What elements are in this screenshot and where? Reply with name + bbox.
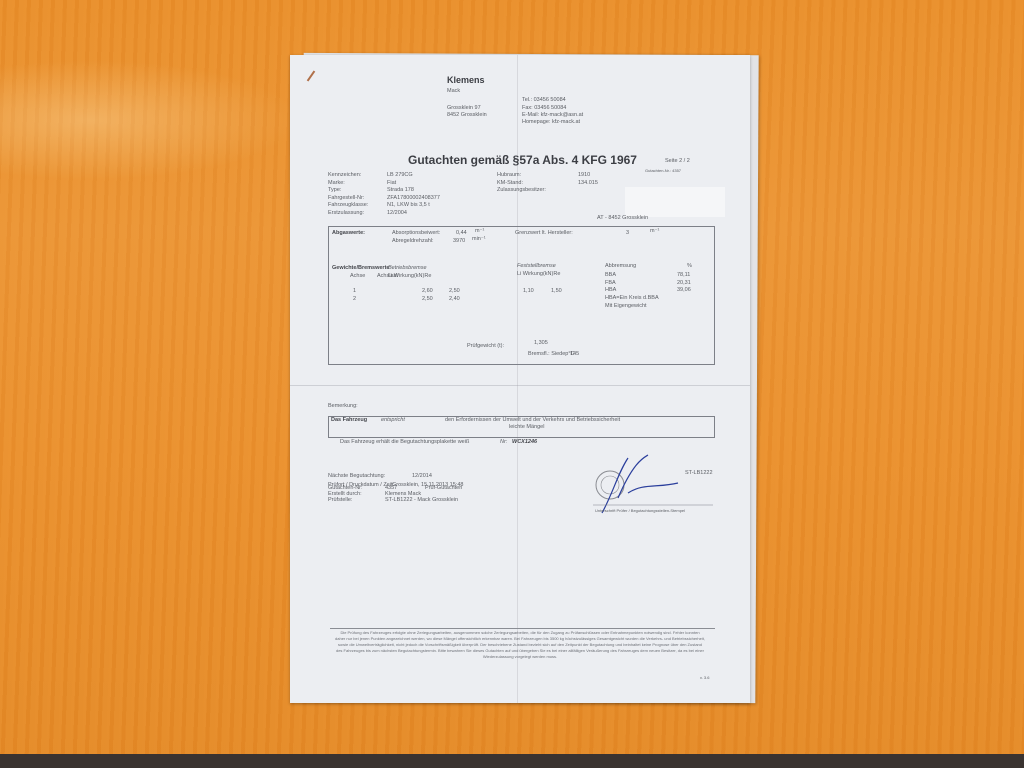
page-number: Seite 2 / 2 — [665, 158, 690, 165]
owner-name: Mack — [447, 88, 460, 95]
deceleration-value: 39,06 — [677, 287, 691, 294]
col-axle: Achse — [350, 273, 365, 280]
vehicle-field-label: Hubraum: — [497, 172, 521, 179]
vehicle-field-label: Zulassungsbesitzer: — [497, 187, 546, 194]
verdict-text: den Erfordernissen der Umwelt und der Ve… — [445, 417, 620, 424]
parking-brake-label: Feststellbremse — [517, 263, 556, 270]
brake-axle: 2 — [353, 296, 356, 303]
vehicle-field-value: 12/2004 — [387, 210, 407, 217]
brakes-section-label: Gewichte/Bremswerte — [332, 265, 389, 272]
report-number: Gutachten-Nr.: 4357 — [645, 168, 681, 173]
deceleration-type: BBA — [605, 272, 616, 279]
address-line2: 8452 Grossklein — [447, 112, 487, 119]
page-title: Gutachten gemäß §57a Abs. 4 KFG 1967 — [408, 153, 637, 167]
disclaimer-rule — [330, 628, 715, 629]
vehicle-field-value: LB 279CG — [387, 172, 413, 179]
staple-mark — [307, 71, 316, 82]
fold-line-horizontal — [290, 385, 750, 386]
vehicle-field-label: Erstzulassung: — [328, 210, 364, 217]
parking-brake-left: 1,10 — [523, 288, 534, 295]
vehicle-field-label: Fahrgestell-Nr: — [328, 195, 364, 202]
absorption-label: Absorptionsbeiwert: — [392, 230, 440, 237]
verdict-subject: Das Fahrzeug — [331, 417, 367, 424]
stamp-id: ST-LB1222 — [685, 470, 713, 477]
deceleration-value: 78,11 — [677, 272, 690, 279]
rpm-label: Abregeldrehzahl: — [392, 238, 434, 245]
brake-axle: 1 — [353, 288, 356, 295]
deceleration-type: HBA — [605, 287, 616, 294]
address-line1: Grossklein 97 — [447, 105, 481, 112]
vehicle-field-label: Kennzeichen: — [328, 172, 361, 179]
limit-label: Grenzwert lt. Hersteller: — [515, 230, 573, 237]
version: v. 3.6 — [700, 675, 710, 680]
hba-note: HBA=Ein Kreis d.BBA — [605, 295, 659, 302]
service-brake-label: Betriebsbremse — [388, 265, 427, 272]
limit-unit: m⁻¹ — [650, 228, 659, 235]
homepage: Homepage: kfz-mack.at — [522, 119, 580, 126]
vehicle-field-value: 134.015 — [578, 180, 598, 187]
vehicle-field-value: 1910 — [578, 172, 590, 179]
vehicle-field-label: Type: — [328, 187, 341, 194]
inspection-report-page: Klemens Mack Grossklein 97 8452 Grosskle… — [290, 55, 750, 703]
plakette-nr-label: Nr: — [500, 439, 507, 446]
service-brake-left: 2,60 — [422, 288, 433, 295]
owner-location: AT - 8452 Grossklein — [597, 215, 648, 222]
redacted-owner — [625, 187, 725, 217]
absorption-unit: m⁻¹ — [475, 228, 484, 235]
service-brake-right: 2,50 — [449, 288, 460, 295]
boiling-point-value: 145 — [570, 351, 579, 358]
plakette-text: Das Fahrzeug erhält die Begutachtungspla… — [340, 439, 469, 446]
service-brake-right: 2,40 — [449, 296, 460, 303]
vehicle-field-value: ZFA17800002408377 — [387, 195, 440, 202]
info-label: Nächste Begutachtung: — [328, 473, 385, 480]
vehicle-field-label: KM-Stand: — [497, 180, 523, 187]
remark-label: Bemerkung: — [328, 403, 358, 410]
rpm-value: 3970 — [453, 238, 465, 245]
rpm-unit: min⁻¹ — [472, 236, 486, 243]
vehicle-field-value: N1, LKW bis 3,5 t — [387, 202, 430, 209]
boiling-point-label: Bremsfl.: Siedep°C: — [528, 351, 576, 358]
limit-value: 3 — [626, 230, 629, 237]
col-service-force: Li Wirkung(kN)Re — [388, 273, 431, 280]
stamp-caption: Unterschrift Prüfer / Begutachtungsstell… — [595, 508, 685, 513]
info-label: Prüfstelle: — [328, 497, 352, 504]
deceleration-label: Abbremsung — [605, 263, 636, 270]
info-value: 12/2014 — [412, 473, 432, 480]
exhaust-label: Abgaswerte: — [332, 230, 365, 237]
deceleration-value: 20,31 — [677, 280, 691, 287]
vehicle-field-label: Fahrzeugklasse: — [328, 202, 368, 209]
verdict-status: entspricht — [381, 417, 405, 424]
absorption-value: 0,44 — [456, 230, 467, 237]
floor-edge — [0, 754, 1024, 768]
parking-brake-right: 1,50 — [551, 288, 562, 295]
light-glare — [0, 60, 300, 180]
test-weight-label: Prüfgewicht (t): — [467, 343, 504, 350]
col-parking-force: Li Wirkung(kN)Re — [517, 271, 560, 278]
vehicle-field-value: Fiat — [387, 180, 396, 187]
company-name: Klemens — [447, 75, 485, 85]
plakette-number: WCX1246 — [512, 439, 537, 446]
fax: Fax: 03456 50084 — [522, 105, 566, 112]
weight-note: Mit Eigengewicht — [605, 303, 647, 310]
email: E-Mail: kfz-mack@asn.at — [522, 112, 583, 119]
verdict-defects: leichte Mängel — [509, 424, 544, 431]
info-extra: Prüf-Gutachten — [425, 485, 462, 492]
disclaimer-text: Die Prüfung des Fahrzeuges erfolgte ohne… — [335, 630, 705, 660]
test-weight-value: 1,305 — [534, 340, 548, 347]
percent-label: % — [687, 263, 692, 270]
service-brake-left: 2,50 — [422, 296, 433, 303]
phone: Tel.: 03456 50084 — [522, 97, 566, 104]
vehicle-field-label: Marke: — [328, 180, 345, 187]
vehicle-field-value: Strada 178 — [387, 187, 414, 194]
deceleration-type: FBA — [605, 280, 616, 287]
info-value: ST-LB1222 - Mack Grossklein — [385, 497, 458, 504]
